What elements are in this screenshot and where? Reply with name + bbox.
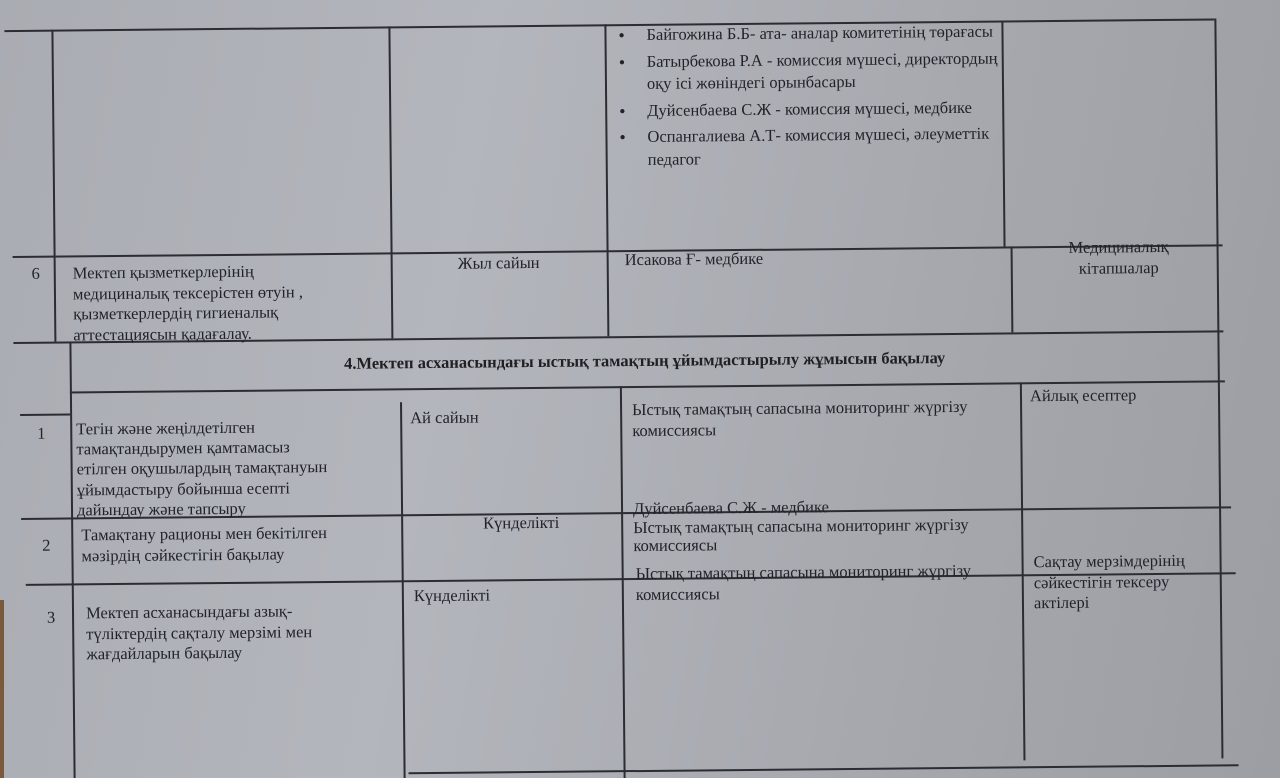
col-divider xyxy=(620,386,625,778)
row-activity: Тамақтану рационы мен бекітілген мәзірді… xyxy=(81,522,401,566)
row-number: 1 xyxy=(16,424,66,445)
list-item: Оспангалиева А.Т- комиссия мүшесі, әлеум… xyxy=(605,122,1005,171)
row-output xyxy=(1031,488,1216,490)
list-item: Батырбекова Р.А - комиссия мүшесі, дирек… xyxy=(605,47,1005,96)
row-divider xyxy=(20,413,70,415)
row-frequency: Жыл сайын xyxy=(399,252,599,274)
col-divider xyxy=(69,341,75,778)
section-title: 4.Мектеп асханасындағы ыстық тамақтың ұй… xyxy=(70,345,1220,376)
row-frequency: Ай сайын xyxy=(410,406,610,428)
row-activity: Тегін және жеңілдетілген тамақтандырумен… xyxy=(76,416,397,520)
row-responsible: Ыстық тамақтың сапасына мониторинг жүргі… xyxy=(632,396,1017,441)
table-border-bottom xyxy=(409,764,1239,774)
list-item: Дуйсенбаева С.Ж - комиссия мүшесі, медби… xyxy=(605,96,1005,122)
row-responsible: Ыстық тамақтың сапасына мониторинг жүргі… xyxy=(636,560,1021,605)
col-divider xyxy=(1011,246,1013,332)
row-activity: Мектеп асханасындағы азық- түліктердің с… xyxy=(86,600,407,665)
col-divider xyxy=(400,402,405,778)
row-output: Сақтау мерзімдерінің сәйкестігін тексеру… xyxy=(1033,550,1219,613)
row-output: Медициналық кітапшалар xyxy=(1018,236,1218,279)
document-page: Байгожина Б.Б- ата- аналар комитетінің т… xyxy=(0,0,1280,778)
row-activity: Мектеп қызметкерлерінің медициналық текс… xyxy=(73,260,384,345)
responsible-list: Байгожина Б.Б- ата- аналар комитетінің т… xyxy=(604,20,1005,175)
row-frequency: Күнделікті xyxy=(414,584,614,606)
table-border-right xyxy=(1214,18,1223,758)
col-divider xyxy=(388,26,393,338)
row-responsible: Дуйсенбаева С.Ж - медбике Ыстық тамақтың… xyxy=(633,496,1019,555)
row-frequency: Күнделікті xyxy=(421,512,621,534)
list-item: Байгожина Б.Б- ата- аналар комитетінің т… xyxy=(604,20,1004,46)
row-number: 2 xyxy=(21,535,71,556)
row-output: Айлық есептер xyxy=(1030,384,1215,406)
col-divider xyxy=(51,30,56,342)
row-responsible: Исакова Ғ- медбике xyxy=(625,247,995,271)
row-number: 3 xyxy=(26,607,76,628)
row-number: 6 xyxy=(11,264,61,285)
